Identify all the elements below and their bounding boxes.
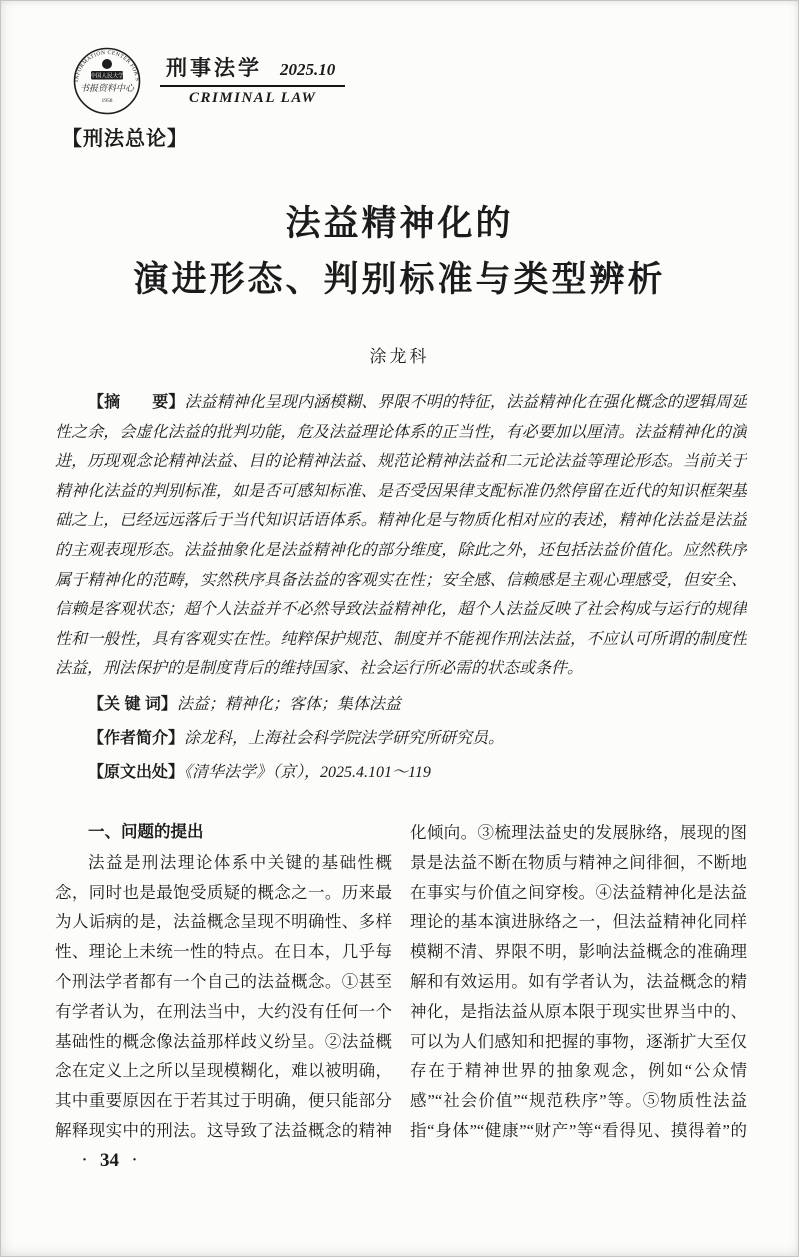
abstract-label: 【摘 要】 <box>88 394 184 411</box>
journal-issue: 2025.10 <box>280 60 335 80</box>
seal-year-text: 1958 <box>102 98 113 104</box>
journal-name-en: CRIMINAL LAW <box>160 90 345 107</box>
body-columns: 一、问题的提出 法益是刑法理论体系中关键的基础性概念，同时也是最饱受质疑的概念之… <box>55 818 747 1156</box>
page-number-dot-left: · <box>82 1152 87 1168</box>
masthead: INFORMATION CENTER FOR SOCIAL SCIENCES 中… <box>64 46 345 121</box>
journal-name: 刑事法学 <box>166 52 262 82</box>
author-bio-value: 涂龙科，上海社会科学院法学研究所研究员。 <box>184 730 504 747</box>
article-title-line2: 演进形态、判别标准与类型辨析 <box>0 252 799 308</box>
article-title: 法益精神化的 演进形态、判别标准与类型辨析 <box>0 196 799 308</box>
source-label: 【原文出处】 <box>88 764 184 781</box>
journal-title-line: 刑事法学 2025.10 <box>160 52 345 87</box>
journal-title-block: 刑事法学 2025.10 CRIMINAL LAW <box>160 52 345 107</box>
author-bio-label: 【作者简介】 <box>88 730 184 747</box>
seal-org-text: 中国人民大学 <box>90 72 124 80</box>
page-number: ·34· <box>82 1150 137 1172</box>
keywords-label: 【关 键 词】 <box>88 696 177 713</box>
body-section-heading: 一、问题的提出 <box>55 818 392 848</box>
journal-page: INFORMATION CENTER FOR SOCIAL SCIENCES 中… <box>0 0 799 1257</box>
section-label: 【刑法总论】 <box>62 122 188 151</box>
body-paragraph: 法益是刑法理论体系中关键的基础性概念，同时也是最饱受质疑的概念之一。历来最为人诟… <box>55 818 747 1156</box>
keywords-value: 法益；精神化；客体；集体法益 <box>177 696 401 713</box>
journal-seal-logo: INFORMATION CENTER FOR SOCIAL SCIENCES 中… <box>64 46 150 121</box>
source-value: 《清华法学》（京），2025.4.101～119 <box>184 764 431 781</box>
author-bio-row: 【作者简介】涂龙科，上海社会科学院法学研究所研究员。 <box>55 722 747 756</box>
seal-emblem-icon <box>102 59 112 69</box>
abstract-text: 法益精神化呈现内涵模糊、界限不明的特征，法益精神化在强化概念的逻辑周延性之余，会… <box>55 394 747 677</box>
keywords-row: 【关 键 词】法益；精神化；客体；集体法益 <box>55 688 747 722</box>
source-row: 【原文出处】《清华法学》（京），2025.4.101～119 <box>55 756 747 790</box>
page-number-value: 34 <box>100 1150 119 1171</box>
meta-block: 【关 键 词】法益；精神化；客体；集体法益 【作者简介】涂龙科，上海社会科学院法… <box>55 688 747 790</box>
article-title-line1: 法益精神化的 <box>0 196 799 252</box>
seal-graphic: INFORMATION CENTER FOR SOCIAL SCIENCES 中… <box>64 46 150 116</box>
article-author: 涂龙科 <box>0 342 799 367</box>
seal-center-text: 书报资料中心 <box>80 83 136 93</box>
abstract-block: 【摘 要】法益精神化呈现内涵模糊、界限不明的特征，法益精神化在强化概念的逻辑周延… <box>55 388 747 688</box>
page-number-dot-right: · <box>132 1152 137 1168</box>
